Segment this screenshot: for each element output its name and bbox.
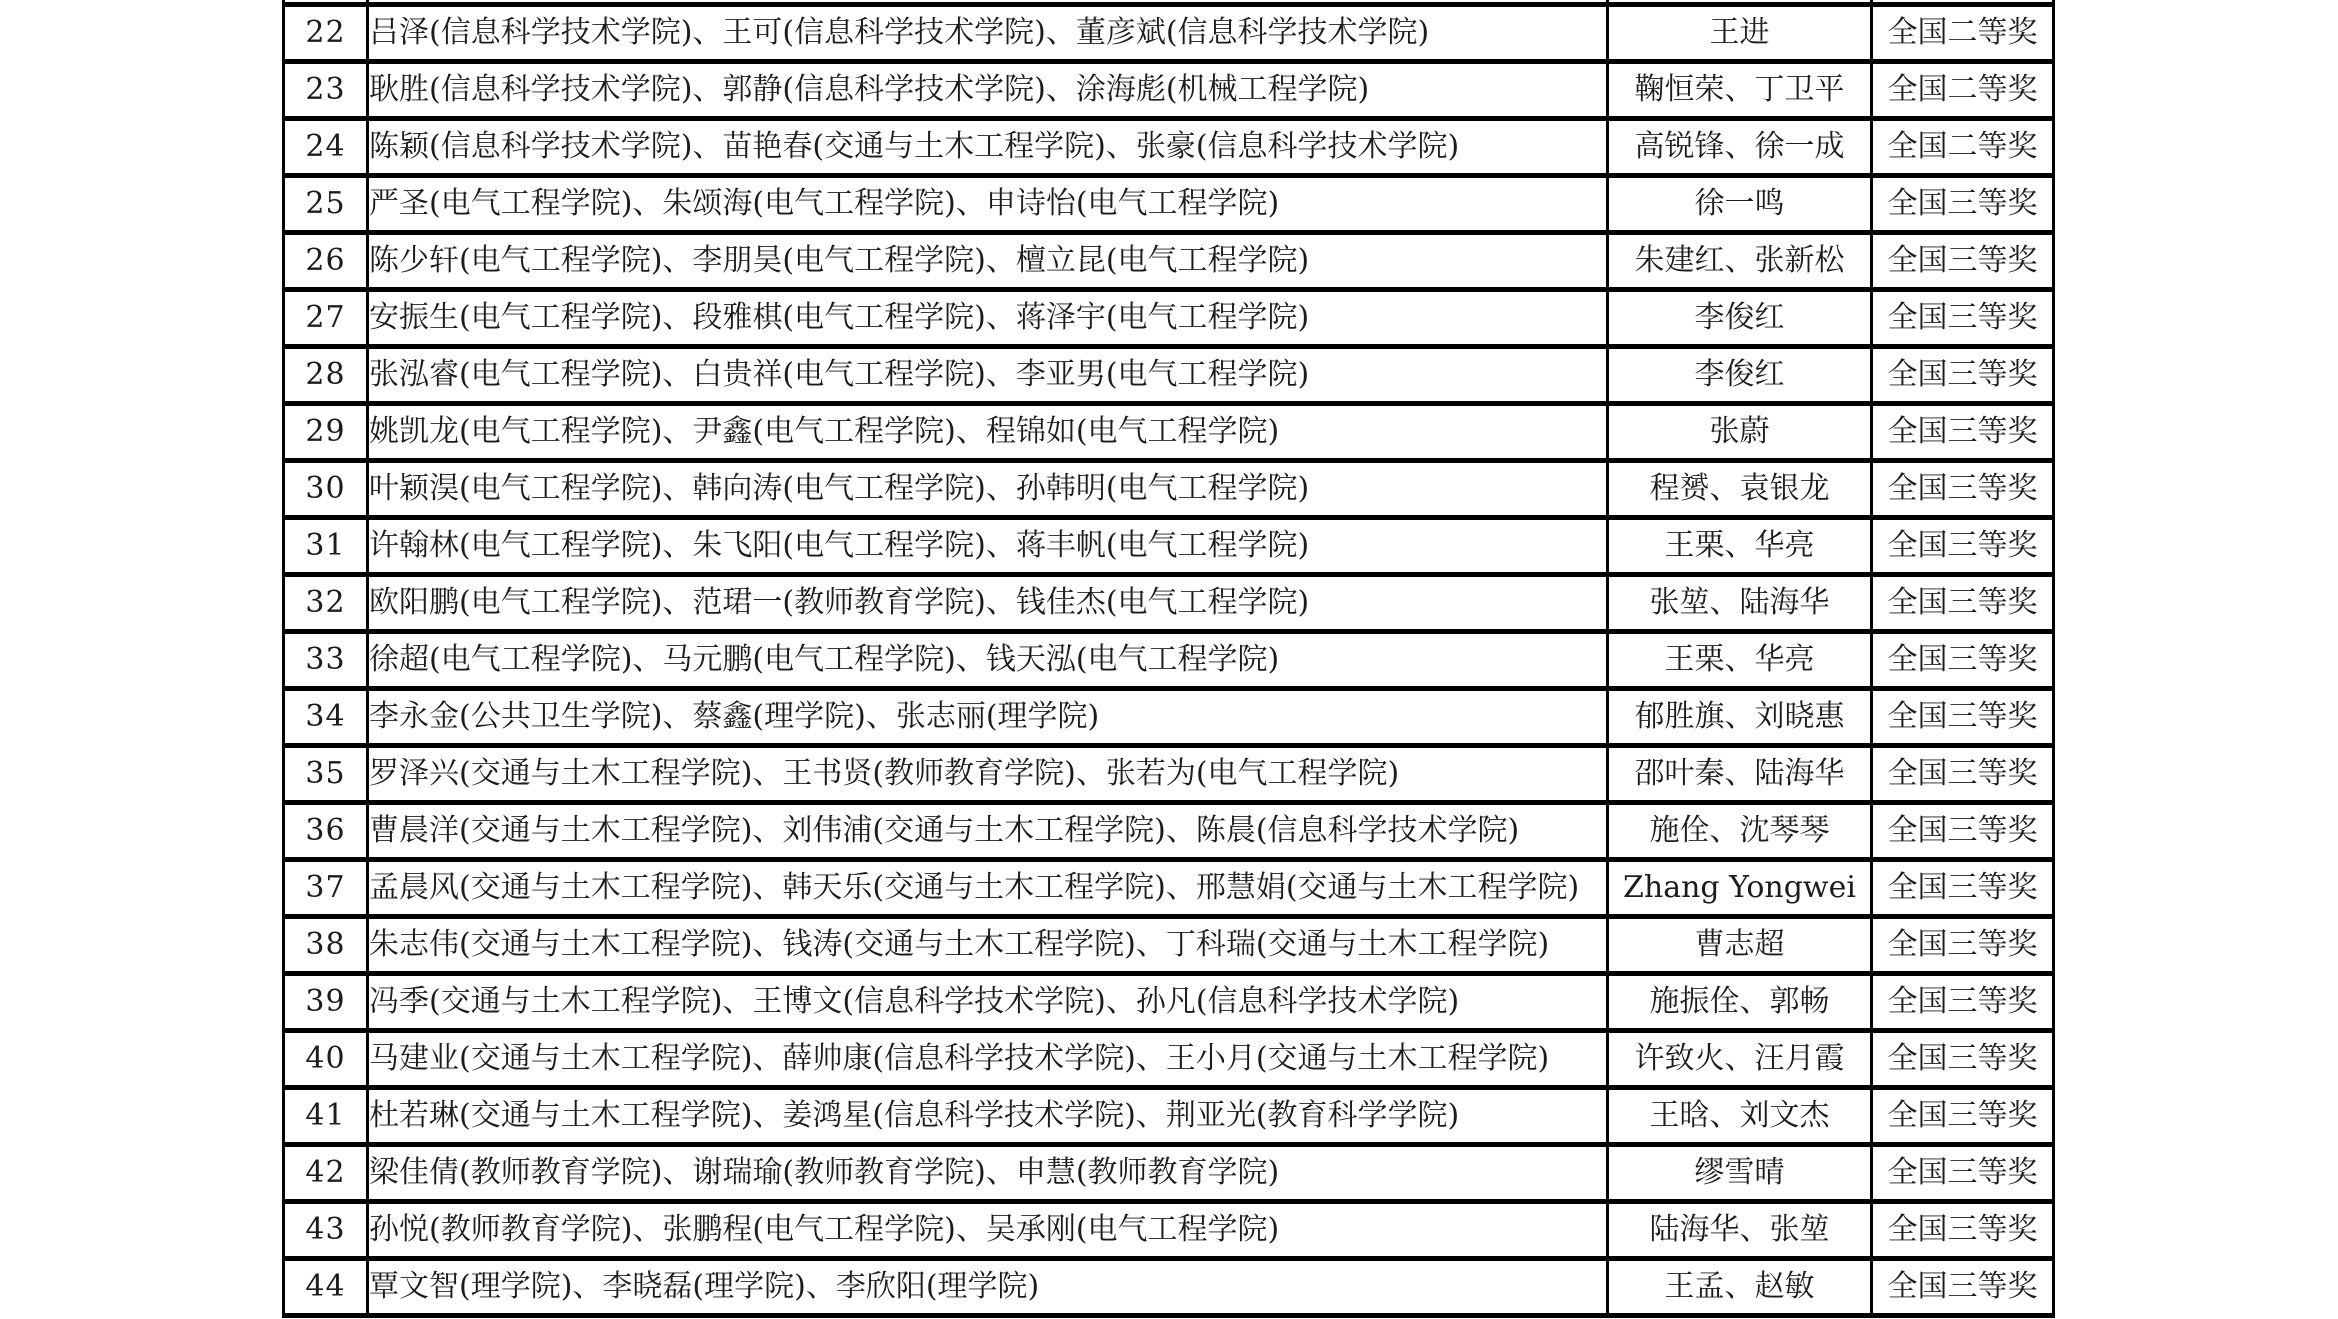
award-cell: 全国三等奖 (1872, 860, 2054, 917)
table-row: 30 叶颖淏(电气工程学院)、韩向涛(电气工程学院)、孙韩明(电气工程学院) 程… (284, 461, 2054, 518)
row-number-cell: 43 (284, 1202, 368, 1259)
members-cell: 曹晨洋(交通与土木工程学院)、刘伟浦(交通与土木工程学院)、陈晨(信息科学技术学… (368, 803, 1608, 860)
row-number-cell: 26 (284, 233, 368, 290)
members-cell: 罗泽兴(交通与土木工程学院)、王书贤(教师教育学院)、张若为(电气工程学院) (368, 746, 1608, 803)
row-number-cell: 31 (284, 518, 368, 575)
award-cell: 全国三等奖 (1872, 974, 2054, 1031)
table-row: 26 陈少轩(电气工程学院)、李朋昊(电气工程学院)、檀立昆(电气工程学院) 朱… (284, 233, 2054, 290)
members-cell: 杜若琳(交通与土木工程学院)、姜鸿星(信息科学技术学院)、荆亚光(教育科学学院) (368, 1088, 1608, 1145)
table-row: 41 杜若琳(交通与土木工程学院)、姜鸿星(信息科学技术学院)、荆亚光(教育科学… (284, 1088, 2054, 1145)
members-cell: 孟晨风(交通与土木工程学院)、韩天乐(交通与土木工程学院)、邢慧娟(交通与土木工… (368, 860, 1608, 917)
row-number-cell: 34 (284, 689, 368, 746)
members-cell: 叶颖淏(电气工程学院)、韩向涛(电气工程学院)、孙韩明(电气工程学院) (368, 461, 1608, 518)
members-cell: 李永金(公共卫生学院)、蔡鑫(理学院)、张志丽(理学院) (368, 689, 1608, 746)
advisors-cell: 王孟、赵敏 (1608, 1259, 1872, 1316)
members-cell: 梁佳倩(教师教育学院)、谢瑞瑜(教师教育学院)、申慧(教师教育学院) (368, 1145, 1608, 1202)
award-cell: 全国三等奖 (1872, 1145, 2054, 1202)
table-row: 24 陈颖(信息科学技术学院)、苗艳春(交通与土木工程学院)、张豪(信息科学技术… (284, 119, 2054, 176)
award-cell: 全国三等奖 (1872, 290, 2054, 347)
table-row: 28 张泓睿(电气工程学院)、白贵祥(电气工程学院)、李亚男(电气工程学院) 李… (284, 347, 2054, 404)
members-cell: 耿胜(信息科学技术学院)、郭静(信息科学技术学院)、涂海彪(机械工程学院) (368, 62, 1608, 119)
row-number-cell: 23 (284, 62, 368, 119)
advisors-cell: 程赟、袁银龙 (1608, 461, 1872, 518)
row-number-cell: 37 (284, 860, 368, 917)
table-row: 23 耿胜(信息科学技术学院)、郭静(信息科学技术学院)、涂海彪(机械工程学院)… (284, 62, 2054, 119)
table-row: 38 朱志伟(交通与土木工程学院)、钱涛(交通与土木工程学院)、丁科瑞(交通与土… (284, 917, 2054, 974)
advisors-cell: 王栗、华亮 (1608, 518, 1872, 575)
award-cell: 全国三等奖 (1872, 689, 2054, 746)
awards-table: 22 吕泽(信息科学技术学院)、王可(信息科学技术学院)、董彦斌(信息科学技术学… (282, 0, 2055, 1318)
award-cell: 全国二等奖 (1872, 5, 2054, 62)
table-row: 32 欧阳鹏(电气工程学院)、范珺一(教师教育学院)、钱佳杰(电气工程学院) 张… (284, 575, 2054, 632)
award-cell: 全国三等奖 (1872, 1259, 2054, 1316)
row-number-cell: 33 (284, 632, 368, 689)
members-cell: 许翰林(电气工程学院)、朱飞阳(电气工程学院)、蒋丰帆(电气工程学院) (368, 518, 1608, 575)
table-row: 44 覃文智(理学院)、李晓磊(理学院)、李欣阳(理学院) 王孟、赵敏 全国三等… (284, 1259, 2054, 1316)
advisors-cell: 郁胜旗、刘晓惠 (1608, 689, 1872, 746)
table-row: 37 孟晨风(交通与土木工程学院)、韩天乐(交通与土木工程学院)、邢慧娟(交通与… (284, 860, 2054, 917)
row-number-cell: 39 (284, 974, 368, 1031)
advisors-cell: 王晗、刘文杰 (1608, 1088, 1872, 1145)
award-cell: 全国三等奖 (1872, 575, 2054, 632)
advisors-cell: 张堃、陆海华 (1608, 575, 1872, 632)
table-row: 31 许翰林(电气工程学院)、朱飞阳(电气工程学院)、蒋丰帆(电气工程学院) 王… (284, 518, 2054, 575)
table-row: 33 徐超(电气工程学院)、马元鹏(电气工程学院)、钱天泓(电气工程学院) 王栗… (284, 632, 2054, 689)
row-number-cell: 35 (284, 746, 368, 803)
members-cell: 冯季(交通与土木工程学院)、王博文(信息科学技术学院)、孙凡(信息科学技术学院) (368, 974, 1608, 1031)
advisors-cell: 张蔚 (1608, 404, 1872, 461)
row-number-cell: 44 (284, 1259, 368, 1316)
table-row: 34 李永金(公共卫生学院)、蔡鑫(理学院)、张志丽(理学院) 郁胜旗、刘晓惠 … (284, 689, 2054, 746)
advisors-cell: 施振佺、郭畅 (1608, 974, 1872, 1031)
advisors-cell: 李俊红 (1608, 347, 1872, 404)
table-row: 35 罗泽兴(交通与土木工程学院)、王书贤(教师教育学院)、张若为(电气工程学院… (284, 746, 2054, 803)
members-cell: 陈少轩(电气工程学院)、李朋昊(电气工程学院)、檀立昆(电气工程学院) (368, 233, 1608, 290)
award-cell: 全国二等奖 (1872, 62, 2054, 119)
table-row: 43 孙悦(教师教育学院)、张鹏程(电气工程学院)、吴承刚(电气工程学院) 陆海… (284, 1202, 2054, 1259)
award-cell: 全国三等奖 (1872, 461, 2054, 518)
award-cell: 全国三等奖 (1872, 803, 2054, 860)
table-row: 22 吕泽(信息科学技术学院)、王可(信息科学技术学院)、董彦斌(信息科学技术学… (284, 5, 2054, 62)
members-cell: 陈颖(信息科学技术学院)、苗艳春(交通与土木工程学院)、张豪(信息科学技术学院) (368, 119, 1608, 176)
table-row: 25 严圣(电气工程学院)、朱颂海(电气工程学院)、申诗怡(电气工程学院) 徐一… (284, 176, 2054, 233)
advisors-cell: 王栗、华亮 (1608, 632, 1872, 689)
advisors-cell: 朱建红、张新松 (1608, 233, 1872, 290)
members-cell: 马建业(交通与土木工程学院)、薛帅康(信息科学技术学院)、王小月(交通与土木工程… (368, 1031, 1608, 1088)
row-number-cell: 32 (284, 575, 368, 632)
award-cell: 全国三等奖 (1872, 1202, 2054, 1259)
row-number-cell: 25 (284, 176, 368, 233)
members-cell: 严圣(电气工程学院)、朱颂海(电气工程学院)、申诗怡(电气工程学院) (368, 176, 1608, 233)
award-cell: 全国三等奖 (1872, 632, 2054, 689)
award-cell: 全国三等奖 (1872, 917, 2054, 974)
members-cell: 安振生(电气工程学院)、段雅棋(电气工程学院)、蒋泽宇(电气工程学院) (368, 290, 1608, 347)
advisors-cell: 许致火、汪月霞 (1608, 1031, 1872, 1088)
members-cell: 张泓睿(电气工程学院)、白贵祥(电气工程学院)、李亚男(电气工程学院) (368, 347, 1608, 404)
award-cell: 全国三等奖 (1872, 347, 2054, 404)
row-number-cell: 38 (284, 917, 368, 974)
award-cell: 全国三等奖 (1872, 1031, 2054, 1088)
advisors-cell: 邵叶秦、陆海华 (1608, 746, 1872, 803)
table-row: 42 梁佳倩(教师教育学院)、谢瑞瑜(教师教育学院)、申慧(教师教育学院) 缪雪… (284, 1145, 2054, 1202)
advisors-cell: 高锐锋、徐一成 (1608, 119, 1872, 176)
advisors-cell: 曹志超 (1608, 917, 1872, 974)
members-cell: 吕泽(信息科学技术学院)、王可(信息科学技术学院)、董彦斌(信息科学技术学院) (368, 5, 1608, 62)
table-row: 40 马建业(交通与土木工程学院)、薛帅康(信息科学技术学院)、王小月(交通与土… (284, 1031, 2054, 1088)
members-cell: 欧阳鹏(电气工程学院)、范珺一(教师教育学院)、钱佳杰(电气工程学院) (368, 575, 1608, 632)
row-number-cell: 28 (284, 347, 368, 404)
row-number-cell: 40 (284, 1031, 368, 1088)
row-number-cell: 36 (284, 803, 368, 860)
advisors-cell: 王进 (1608, 5, 1872, 62)
award-cell: 全国三等奖 (1872, 404, 2054, 461)
award-cell: 全国三等奖 (1872, 233, 2054, 290)
table-row: 39 冯季(交通与土木工程学院)、王博文(信息科学技术学院)、孙凡(信息科学技术… (284, 974, 2054, 1031)
row-number-cell: 22 (284, 5, 368, 62)
members-cell: 朱志伟(交通与土木工程学院)、钱涛(交通与土木工程学院)、丁科瑞(交通与土木工程… (368, 917, 1608, 974)
row-number-cell: 24 (284, 119, 368, 176)
members-cell: 覃文智(理学院)、李晓磊(理学院)、李欣阳(理学院) (368, 1259, 1608, 1316)
award-cell: 全国三等奖 (1872, 746, 2054, 803)
table-row: 29 姚凯龙(电气工程学院)、尹鑫(电气工程学院)、程锦如(电气工程学院) 张蔚… (284, 404, 2054, 461)
row-number-cell: 42 (284, 1145, 368, 1202)
row-number-cell: 29 (284, 404, 368, 461)
advisors-cell: 施佺、沈琴琴 (1608, 803, 1872, 860)
row-number-cell: 41 (284, 1088, 368, 1145)
row-number-cell: 27 (284, 290, 368, 347)
table-row: 27 安振生(电气工程学院)、段雅棋(电气工程学院)、蒋泽宇(电气工程学院) 李… (284, 290, 2054, 347)
members-cell: 孙悦(教师教育学院)、张鹏程(电气工程学院)、吴承刚(电气工程学院) (368, 1202, 1608, 1259)
award-cell: 全国三等奖 (1872, 518, 2054, 575)
advisors-cell: 李俊红 (1608, 290, 1872, 347)
table-row: 36 曹晨洋(交通与土木工程学院)、刘伟浦(交通与土木工程学院)、陈晨(信息科学… (284, 803, 2054, 860)
advisors-cell: 鞠恒荣、丁卫平 (1608, 62, 1872, 119)
members-cell: 姚凯龙(电气工程学院)、尹鑫(电气工程学院)、程锦如(电气工程学院) (368, 404, 1608, 461)
members-cell: 徐超(电气工程学院)、马元鹏(电气工程学院)、钱天泓(电气工程学院) (368, 632, 1608, 689)
advisors-cell: 徐一鸣 (1608, 176, 1872, 233)
awards-table-body: 22 吕泽(信息科学技术学院)、王可(信息科学技术学院)、董彦斌(信息科学技术学… (284, 0, 2054, 1316)
advisors-cell: 缪雪晴 (1608, 1145, 1872, 1202)
award-cell: 全国三等奖 (1872, 1088, 2054, 1145)
row-number-cell: 30 (284, 461, 368, 518)
advisors-cell: 陆海华、张堃 (1608, 1202, 1872, 1259)
award-cell: 全国三等奖 (1872, 176, 2054, 233)
award-cell: 全国二等奖 (1872, 119, 2054, 176)
document-page: 22 吕泽(信息科学技术学院)、王可(信息科学技术学院)、董彦斌(信息科学技术学… (0, 0, 2338, 1319)
advisors-cell: Zhang Yongwei (1608, 860, 1872, 917)
